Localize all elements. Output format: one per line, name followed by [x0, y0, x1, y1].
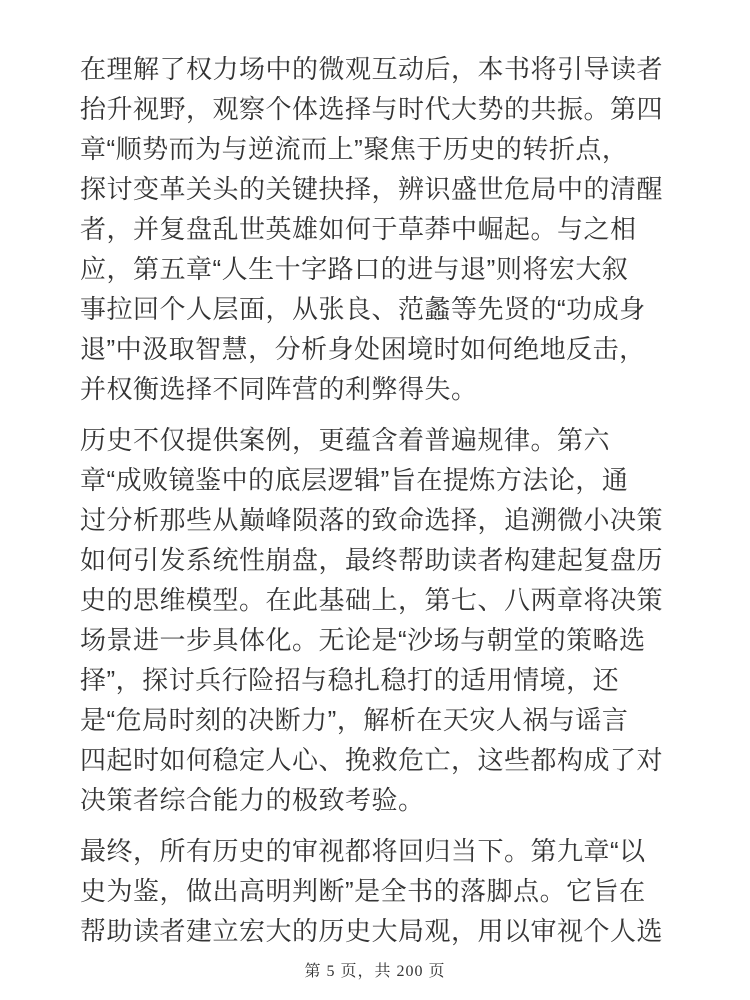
page-number-indicator: 第 5 页，共 200 页	[80, 962, 670, 982]
paragraph-3: 最终，所有历史的审视都将回归当下。第九章“以 史为鉴，做出高明判断”是全书的落脚…	[80, 831, 670, 951]
paragraph-1: 在理解了权力场中的微观互动后，本书将引导读者 抬升视野，观察个体选择与时代大势的…	[80, 49, 670, 409]
paragraph-2: 历史不仅提供案例，更蕴含着普遍规律。第六 章“成败镜鉴中的底层逻辑”旨在提炼方法…	[80, 420, 670, 820]
document-page: 在理解了权力场中的微观互动后，本书将引导读者 抬升视野，观察个体选择与时代大势的…	[0, 0, 750, 1000]
